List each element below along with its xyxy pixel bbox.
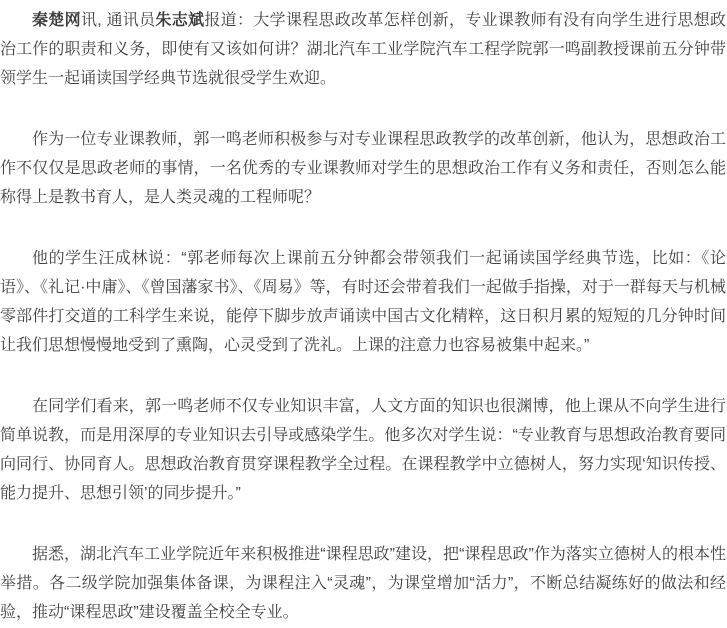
article-body: 秦楚网讯, 通讯员朱志斌报道：大学课程思政改革怎样创新，专业课教师有没有向学生进… <box>0 0 727 627</box>
reporter-name: 朱志斌 <box>155 12 204 29</box>
lead-connector-text: 讯, 通讯员 <box>81 12 155 29</box>
paragraph-school-summary: 据悉，湖北汽车工业学院近年来积极推进“课程思政”建设，把“课程思政”作为落实立德… <box>0 540 726 627</box>
paragraph-student-quote: 他的学生汪成林说：“郭老师每次上课前五分钟都会带领我们一起诵读国学经典节选，比如… <box>0 244 726 360</box>
paragraph-classmates-view: 在同学们看来，郭一鸣老师不仅专业知识丰富，人文方面的知识也很渊博，他上课从不向学… <box>0 392 726 508</box>
paragraph-teacher-intro: 作为一位专业课教师，郭一鸣老师积极参与对专业课程思政教学的改革创新，他认为，思想… <box>0 125 726 212</box>
source-name: 秦楚网 <box>32 12 81 29</box>
paragraph-lead: 秦楚网讯, 通讯员朱志斌报道：大学课程思政改革怎样创新，专业课教师有没有向学生进… <box>0 6 726 93</box>
